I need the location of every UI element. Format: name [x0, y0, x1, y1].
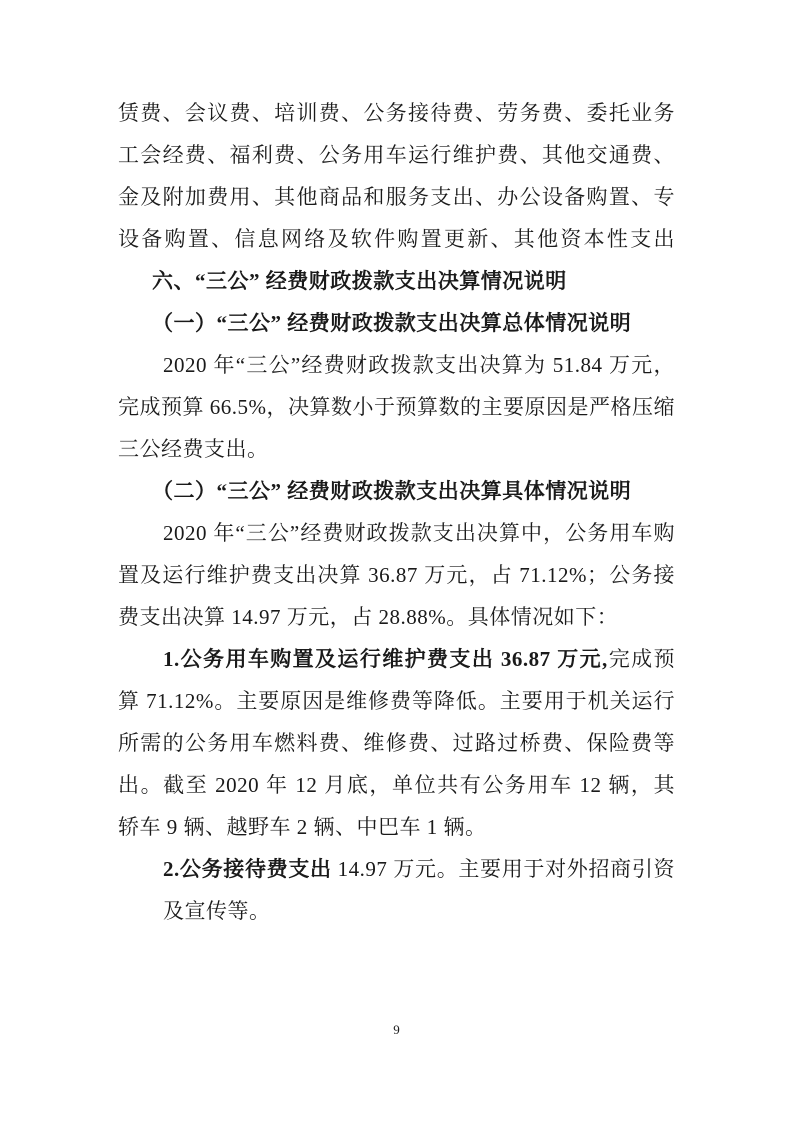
text-segment: 金及附加费用、其他商品和服务支出、办公设备购置、专用 — [118, 185, 675, 218]
bold-text-segment: （二）“三公” 经费财政拨款支出决算具体情况说明 — [152, 479, 631, 503]
text-line: 出。截至 2020 年 12 月底，单位共有公务用车 12 辆，其中： — [118, 764, 675, 806]
text-segment: 赁费、会议费、培训费、公务接待费、劳务费、委托业务费、 — [118, 101, 675, 134]
text-line: 费支出决算 14.97 万元，占 28.88%。具体情况如下： — [118, 596, 675, 638]
section-heading: （一）“三公” 经费财政拨款支出决算总体情况说明 — [118, 302, 675, 344]
bold-text-segment: 六、“三公” 经费财政拨款支出决算情况说明 — [152, 269, 567, 293]
text-line: 轿车 9 辆、越野车 2 辆、中巴车 1 辆。 — [118, 806, 675, 848]
text-segment: 2020 年“三公”经费财政拨款支出决算为 51.84 万元， — [163, 353, 675, 377]
document-body: 赁费、会议费、培训费、公务接待费、劳务费、委托业务费、工会经费、福利费、公务用车… — [118, 92, 675, 932]
text-segment: 完成预算 66.5%，决算数小于预算数的主要原因是严格压缩 — [118, 395, 675, 419]
text-line: 工会经费、福利费、公务用车运行维护费、其他交通费、税 — [118, 134, 675, 176]
text-line: 1.公务用车购置及运行维护费支出 36.87 万元,完成预 — [118, 638, 675, 680]
bold-text-segment: 1.公务用车购置及运行维护费支出 36.87 万元, — [163, 647, 608, 671]
text-line: 完成预算 66.5%，决算数小于预算数的主要原因是严格压缩 — [118, 386, 675, 428]
bold-text-segment: （一）“三公” 经费财政拨款支出决算总体情况说明 — [152, 311, 631, 335]
text-segment: 所需的公务用车燃料费、维修费、过路过桥费、保险费等支 — [118, 731, 675, 764]
text-line: 2020 年“三公”经费财政拨款支出决算中，公务用车购 — [118, 512, 675, 554]
text-segment: 设备购置、信息网络及软件购置更新、其他资本性支出等。 — [118, 227, 675, 260]
text-segment: 完成预 — [608, 647, 675, 671]
text-line: 2.公务接待费支出 14.97 万元。主要用于对外招商引资 — [118, 848, 675, 890]
text-segment: 费支出决算 14.97 万元，占 28.88%。具体情况如下： — [118, 605, 618, 629]
text-line: 设备购置、信息网络及软件购置更新、其他资本性支出等。 — [118, 218, 675, 260]
section-heading: 六、“三公” 经费财政拨款支出决算情况说明 — [118, 260, 675, 302]
text-segment: 14.97 万元。主要用于对外招商引资 — [332, 857, 675, 881]
text-line: 金及附加费用、其他商品和服务支出、办公设备购置、专用 — [118, 176, 675, 218]
document-page: 赁费、会议费、培训费、公务接待费、劳务费、委托业务费、工会经费、福利费、公务用车… — [0, 0, 793, 1122]
text-segment: 出。截至 2020 年 12 月底，单位共有公务用车 12 辆，其中： — [118, 773, 675, 806]
text-segment: 工会经费、福利费、公务用车运行维护费、其他交通费、税 — [118, 143, 675, 176]
text-segment: 置及运行维护费支出决算 36.87 万元，占 71.12%；公务接待 — [118, 563, 675, 596]
text-line: 及宣传等。 — [118, 890, 675, 932]
text-segment: 算 71.12%。主要原因是维修费等降低。主要用于机关运行等 — [118, 689, 675, 722]
text-line: 算 71.12%。主要原因是维修费等降低。主要用于机关运行等 — [118, 680, 675, 722]
bold-text-segment: 2.公务接待费支出 — [163, 857, 332, 881]
text-line: 2020 年“三公”经费财政拨款支出决算为 51.84 万元， — [118, 344, 675, 386]
text-segment: 及宣传等。 — [163, 899, 271, 923]
section-heading: （二）“三公” 经费财政拨款支出决算具体情况说明 — [118, 470, 675, 512]
text-segment: 三公经费支出。 — [118, 437, 269, 461]
text-line: 所需的公务用车燃料费、维修费、过路过桥费、保险费等支 — [118, 722, 675, 764]
text-segment: 轿车 9 辆、越野车 2 辆、中巴车 1 辆。 — [118, 815, 487, 839]
page-number: 9 — [0, 1022, 793, 1038]
text-segment: 2020 年“三公”经费财政拨款支出决算中，公务用车购 — [163, 521, 675, 545]
text-line: 三公经费支出。 — [118, 428, 675, 470]
text-line: 赁费、会议费、培训费、公务接待费、劳务费、委托业务费、 — [118, 92, 675, 134]
text-line: 置及运行维护费支出决算 36.87 万元，占 71.12%；公务接待 — [118, 554, 675, 596]
